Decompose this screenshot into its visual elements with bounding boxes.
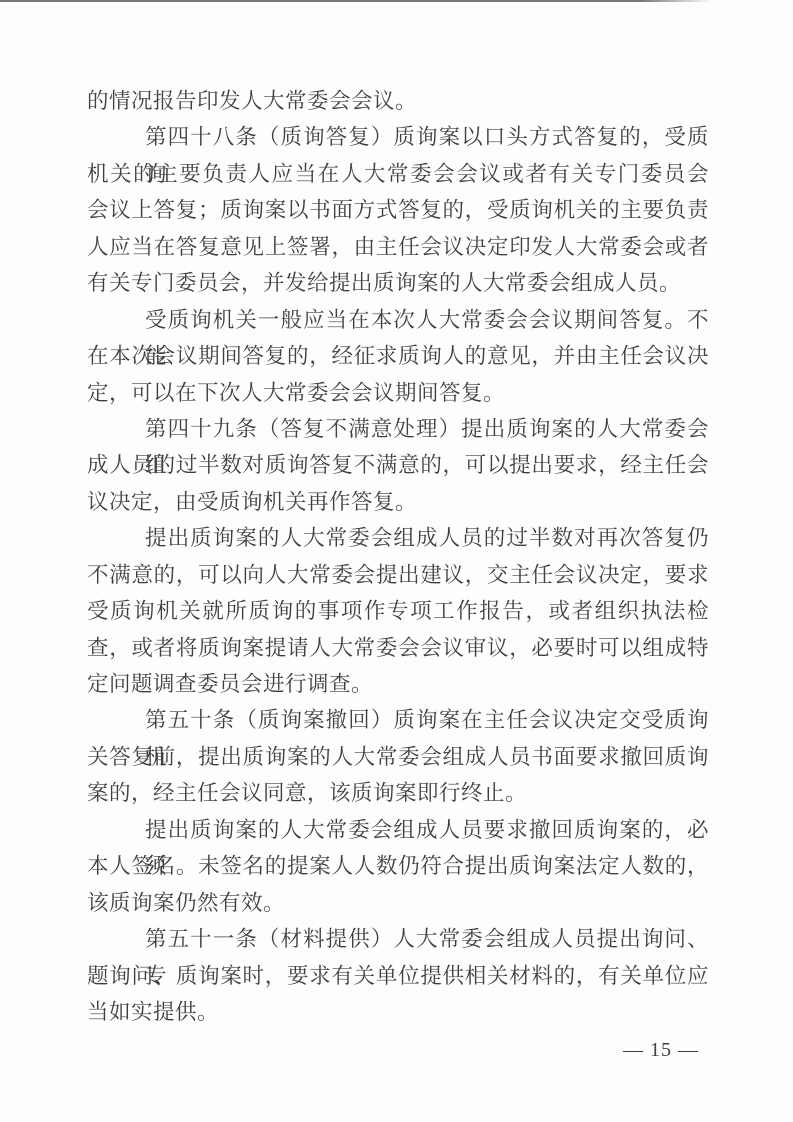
page-number: — 15 — — [623, 1038, 699, 1062]
text-line: 题询问、质询案时，要求有关单位提供相关材料的，有关单位应 — [87, 958, 709, 994]
text-line: 议决定，由受质询机关再作答复。 — [87, 484, 709, 520]
text-line: 第四十九条（答复不满意处理）提出质询案的人大常委会组 — [87, 411, 709, 447]
text-line: 当如实提供。 — [87, 994, 709, 1030]
text-line: 成人员的过半数对质询答复不满意的，可以提出要求，经主任会 — [87, 447, 709, 483]
text-line: 案的，经主任会议同意，该质询案即行终止。 — [87, 775, 709, 811]
text-line: 在本次会议期间答复的，经征求质询人的意见，并由主任会议决 — [87, 338, 709, 374]
text-line: 的情况报告印发人大常委会会议。 — [87, 83, 709, 119]
text-line: 定问题调查委员会进行调查。 — [87, 666, 709, 702]
document-page: 的情况报告印发人大常委会会议。第四十八条（质询答复）质询案以口头方式答复的，受质… — [0, 0, 793, 1122]
text-line: 本人签名。未签名的提案人人数仍符合提出质询案法定人数的， — [87, 848, 709, 884]
text-line: 第四十八条（质询答复）质询案以口头方式答复的，受质询 — [87, 119, 709, 155]
text-line: 第五十条（质询案撤回）质询案在主任会议决定交受质询机 — [87, 702, 709, 738]
text-line: 人应当在答复意见上签署，由主任会议决定印发人大常委会或者 — [87, 229, 709, 265]
text-line: 受质询机关就所质询的事项作专项工作报告，或者组织执法检 — [87, 593, 709, 629]
text-line: 会议上答复；质询案以书面方式答复的，受质询机关的主要负责 — [87, 192, 709, 228]
text-line: 查，或者将质询案提请人大常委会会议审议，必要时可以组成特 — [87, 630, 709, 666]
text-line: 第五十一条（材料提供）人大常委会组成人员提出询问、专 — [87, 921, 709, 957]
text-line: 该质询案仍然有效。 — [87, 885, 709, 921]
text-line: 不满意的，可以向人大常委会提出建议，交主任会议决定，要求 — [87, 557, 709, 593]
text-line: 有关专门委员会，并发给提出质询案的人大常委会组成人员。 — [87, 265, 709, 301]
document-body: 的情况报告印发人大常委会会议。第四十八条（质询答复）质询案以口头方式答复的，受质… — [87, 83, 709, 1030]
text-line: 关答复前，提出质询案的人大常委会组成人员书面要求撤回质询 — [87, 739, 709, 775]
text-line: 定，可以在下次人大常委会会议期间答复。 — [87, 375, 709, 411]
text-line: 提出质询案的人大常委会组成人员要求撤回质询案的，必须 — [87, 812, 709, 848]
text-line: 受质询机关一般应当在本次人大常委会会议期间答复。不能 — [87, 302, 709, 338]
scan-artifact-top-line — [0, 0, 712, 2]
text-line: 机关的主要负责人应当在人大常委会会议或者有关专门委员会 — [87, 156, 709, 192]
text-line: 提出质询案的人大常委会组成人员的过半数对再次答复仍 — [87, 520, 709, 556]
